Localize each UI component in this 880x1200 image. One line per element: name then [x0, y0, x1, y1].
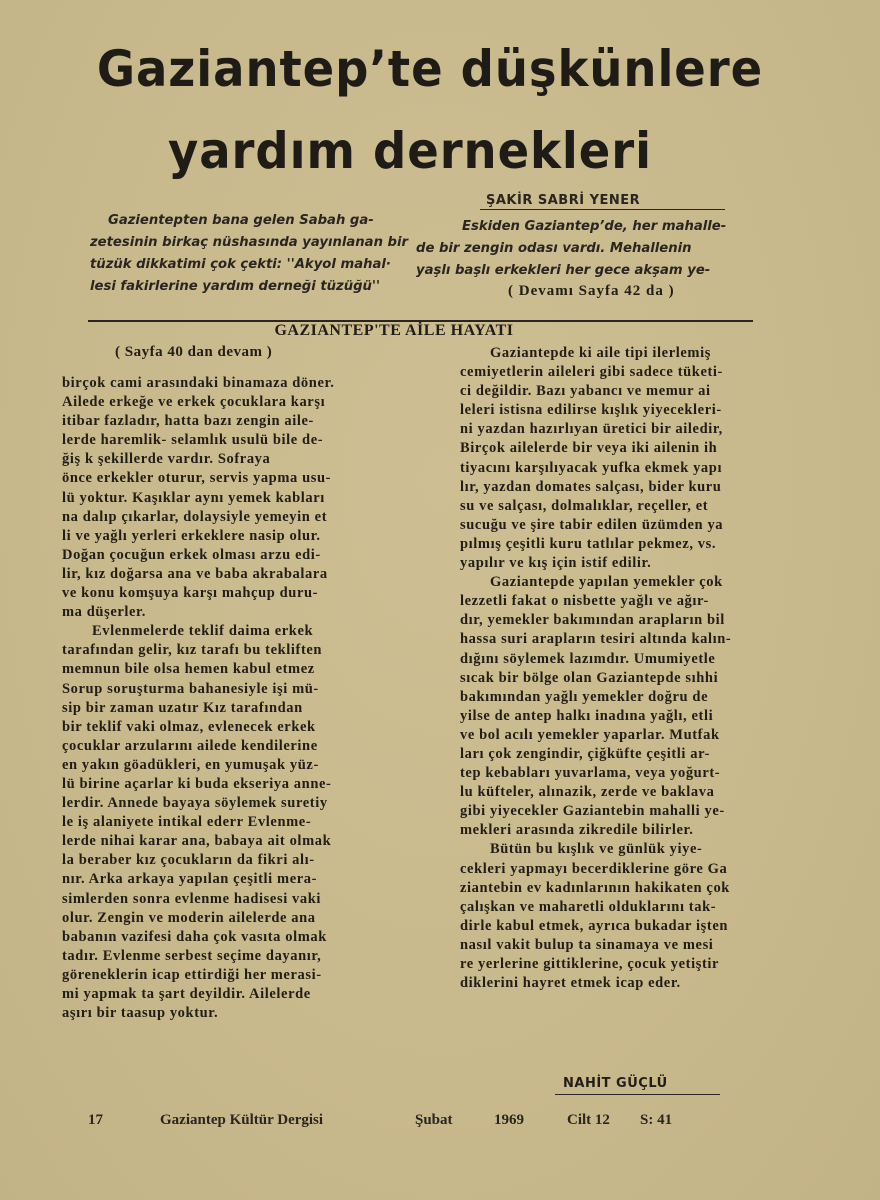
text-line: cemiyetlerin aileleri gibi sadece tüketi…	[460, 363, 780, 382]
text-line: sip bir zaman uzatır Kız tarafından	[62, 699, 372, 718]
lead-paragraph-left: Gazientepten bana gelen Sabah ga- zetesi…	[90, 210, 380, 298]
continued-from-note: ( Sayfa 40 dan devam )	[115, 344, 272, 361]
author-name: NAHİT GÜÇLÜ	[563, 1076, 668, 1091]
text-line: aşırı bir taasup yoktur.	[62, 1004, 372, 1023]
text-line: ları çok zengindir, çiğküfte çeşitli ar-	[460, 745, 780, 764]
text-line: ğiş k şekillerde vardır. Sofraya	[62, 450, 372, 469]
lead-line: Eskiden Gaziantep’de, her mahalle-	[416, 216, 756, 238]
issue-month: Şubat	[415, 1112, 453, 1129]
text-line: diklerini hayret etmek icap eder.	[460, 974, 780, 993]
article-title-line-2: yardım dernekleri	[1, 122, 819, 180]
lead-line: yaşlı başlı erkekleri her gece akşam ye-	[416, 260, 756, 282]
magazine-name: Gaziantep Kültür Dergisi	[160, 1112, 323, 1129]
text-line: lü birine açarlar ki buda ekseriya anne-	[62, 775, 372, 794]
text-line: sucuğu ve şire tabir edilen üzümden ya	[460, 516, 780, 535]
text-line: dır, yemekler bakımından arapların bil	[460, 611, 780, 630]
text-line: hassa suri arapların tesiri altında kalı…	[460, 630, 780, 649]
text-line: lir, kız doğarsa ana ve baba akrabalara	[62, 565, 372, 584]
text-line: Bütün bu kışlık ve günlük yiye-	[460, 840, 780, 859]
lead-line: lesi fakirlerine yardım derneği tüzüğü''	[90, 276, 380, 298]
magazine-page: Gaziantep’te düşkünlere yardım dernekler…	[0, 0, 880, 1200]
section-title: GAZIANTEP'TE AİLE HAYATI	[0, 322, 834, 340]
text-line: dığını söylemek lazımdır. Umumiyetle	[460, 650, 780, 669]
text-line: birçok cami arasındaki binamaza döner.	[62, 374, 372, 393]
text-line: memnun bile olsa hemen kabul etmez	[62, 660, 372, 679]
text-line: dirle kabul etmek, ayrıca bukadar işten	[460, 917, 780, 936]
text-line: göreneklerin icap ettirdiği her merasi-	[62, 966, 372, 985]
text-line: bir teklif vaki olmaz, evlenecek erkek	[62, 718, 372, 737]
text-line: önce erkekler oturur, servis yapma usu-	[62, 469, 372, 488]
lead-paragraph-right: Eskiden Gaziantep’de, her mahalle- de bi…	[416, 216, 756, 282]
text-line: ve bol acılı yemekler yaparlar. Mutfak	[460, 726, 780, 745]
text-line: babanın vazifesi daha çok vasıta olmak	[62, 928, 372, 947]
text-line: ni yazdan hazırlıyan üretici bir ailedir…	[460, 420, 780, 439]
continued-note: ( Devamı Sayfa 42 da )	[508, 283, 675, 300]
author-underline	[555, 1094, 720, 1095]
text-line: tarafından gelir, kız tarafı bu teklifte…	[62, 641, 372, 660]
text-line: lezzetli fakat o nisbette yağlı ve ağır-	[460, 592, 780, 611]
text-line: ma düşerler.	[62, 603, 372, 622]
text-line: mi yapmak ta şart deyildir. Ailelerde	[62, 985, 372, 1004]
text-line: en yakın göadükleri, en yumuşak yüz-	[62, 756, 372, 775]
text-line: tadır. Evlenme serbest seçime dayanır,	[62, 947, 372, 966]
text-line: re yerlerine gittiklerine, çocuk yetişti…	[460, 955, 780, 974]
author-name: ŞAKİR SABRİ YENER	[486, 193, 640, 208]
text-line: Sorup soruşturma bahanesiyle işi mü-	[62, 680, 372, 699]
article-title-line-1: Gaziantep’te düşkünlere	[21, 40, 839, 98]
text-line: su ve salçası, dolmalıklar, reçeller, et	[460, 497, 780, 516]
text-line: la beraber kız çocukların da fikri alı-	[62, 851, 372, 870]
page-number: 17	[88, 1112, 103, 1129]
text-line: gibi yiyecekler Gaziantebin mahalli ye-	[460, 802, 780, 821]
text-line: lır, yazdan domates salçası, bider kuru	[460, 478, 780, 497]
text-line: Gaziantepde ki aile tipi ilerlemiş	[460, 344, 780, 363]
text-line: olur. Zengin ve moderin ailelerde ana	[62, 909, 372, 928]
issue-number: S: 41	[640, 1112, 672, 1129]
text-line: lu küfteler, alınazik, zerde ve baklava	[460, 783, 780, 802]
text-line: lerdir. Annede bayaya söylemek suretiy	[62, 794, 372, 813]
text-line: nır. Arka arkaya yapılan çeşitli mera-	[62, 870, 372, 889]
text-line: Ailede erkeğe ve erkek çocuklara karşı	[62, 393, 372, 412]
text-line: ve konu komşuya karşı mahçup duru-	[62, 584, 372, 603]
text-line: leleri istisna edilirse kışlık yiyecekle…	[460, 401, 780, 420]
text-line: sıcak bir bölge olan Gaziantepde sıhhi	[460, 669, 780, 688]
volume: Cilt 12	[567, 1112, 610, 1129]
text-line: simlerden sonra evlenme hadisesi vaki	[62, 890, 372, 909]
text-line: na dalıp çıkarlar, dolaysiyle yemeyin et	[62, 508, 372, 527]
text-line: yilse de antep halkı inadına yağlı, etli	[460, 707, 780, 726]
lead-line: tüzük dikkatimi çok çekti: ''Akyol mahal…	[90, 254, 380, 276]
text-line: yapılır ve kış için istif edilir.	[460, 554, 780, 573]
author-underline	[480, 209, 725, 210]
body-column-right: Gaziantepde ki aile tipi ilerlemişcemiye…	[460, 344, 780, 993]
text-line: le iş alaniyete intikal ederr Evlenme-	[62, 813, 372, 832]
text-line: itibar fazladır, hatta bazı zengin aile-	[62, 412, 372, 431]
text-line: çalışkan ve maharetli olduklarını tak-	[460, 898, 780, 917]
lead-line: Gazientepten bana gelen Sabah ga-	[90, 210, 380, 232]
text-line: tep kebabları yuvarlama, veya yoğurt-	[460, 764, 780, 783]
text-line: cekleri yapmayı becerdiklerine göre Ga	[460, 860, 780, 879]
text-line: Birçok ailelerde bir veya iki ailenin ih	[460, 439, 780, 458]
text-line: pılmış çeşitli kuru tatlılar pekmez, vs.	[460, 535, 780, 554]
text-line: lü yoktur. Kaşıklar aynı yemek kabları	[62, 489, 372, 508]
text-line: ziantebin ev kadınlarının hakikaten çok	[460, 879, 780, 898]
lead-line: zetesinin birkaç nüshasında yayınlanan b…	[90, 232, 380, 254]
text-line: mekleri arasında zikredile bilirler.	[460, 821, 780, 840]
text-line: tiyacını karşılıyacak yufka ekmek yapı	[460, 459, 780, 478]
text-line: lerde haremlik- selamlık usulü bile de-	[62, 431, 372, 450]
text-line: Evlenmelerde teklif daima erkek	[62, 622, 372, 641]
text-line: Gaziantepde yapılan yemekler çok	[460, 573, 780, 592]
text-line: ci değildir. Bazı yabancı ve memur ai	[460, 382, 780, 401]
issue-year: 1969	[494, 1112, 524, 1129]
body-column-left: birçok cami arasındaki binamaza döner.Ai…	[62, 374, 372, 1023]
text-line: Doğan çocuğun erkek olması arzu edi-	[62, 546, 372, 565]
text-line: li ve yağlı yerleri erkeklere nasip olur…	[62, 527, 372, 546]
lead-line: de bir zengin odası vardı. Mehallenin	[416, 238, 756, 260]
text-line: lerde nihai karar ana, babaya ait olmak	[62, 832, 372, 851]
text-line: nasıl vakit bulup ta sinamaya ve mesi	[460, 936, 780, 955]
text-line: çocuklar arzularını ailede kendilerine	[62, 737, 372, 756]
text-line: bakımından yağlı yemekler doğru de	[460, 688, 780, 707]
